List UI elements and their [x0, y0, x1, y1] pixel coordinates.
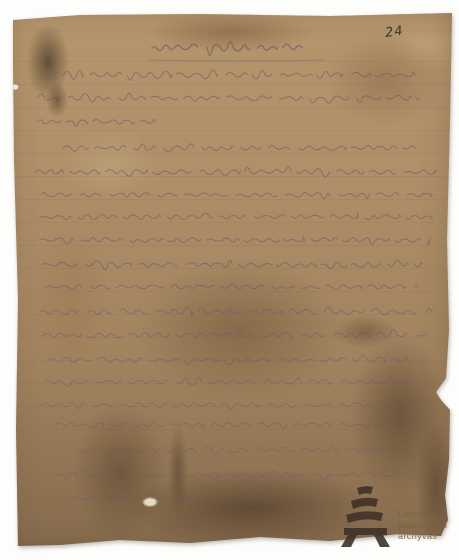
handwritten-text: [0, 0, 459, 560]
archive-watermark: Lietuvos ypatingasis archyvas: [336, 484, 459, 554]
archive-name-line1: Lietuvos: [398, 509, 447, 520]
archive-logo-icon: [336, 484, 396, 554]
archive-name-line3: archyvas: [398, 531, 447, 542]
letter-paper: 24: [0, 0, 459, 560]
scanned-letter-page: 24 Lietuvos ypatingasis archyvas: [0, 0, 459, 560]
paper-shadow-wrap: 24: [0, 0, 459, 560]
archive-name-line2: ypatingasis: [398, 520, 447, 531]
archive-name-text: Lietuvos ypatingasis archyvas: [398, 509, 447, 542]
